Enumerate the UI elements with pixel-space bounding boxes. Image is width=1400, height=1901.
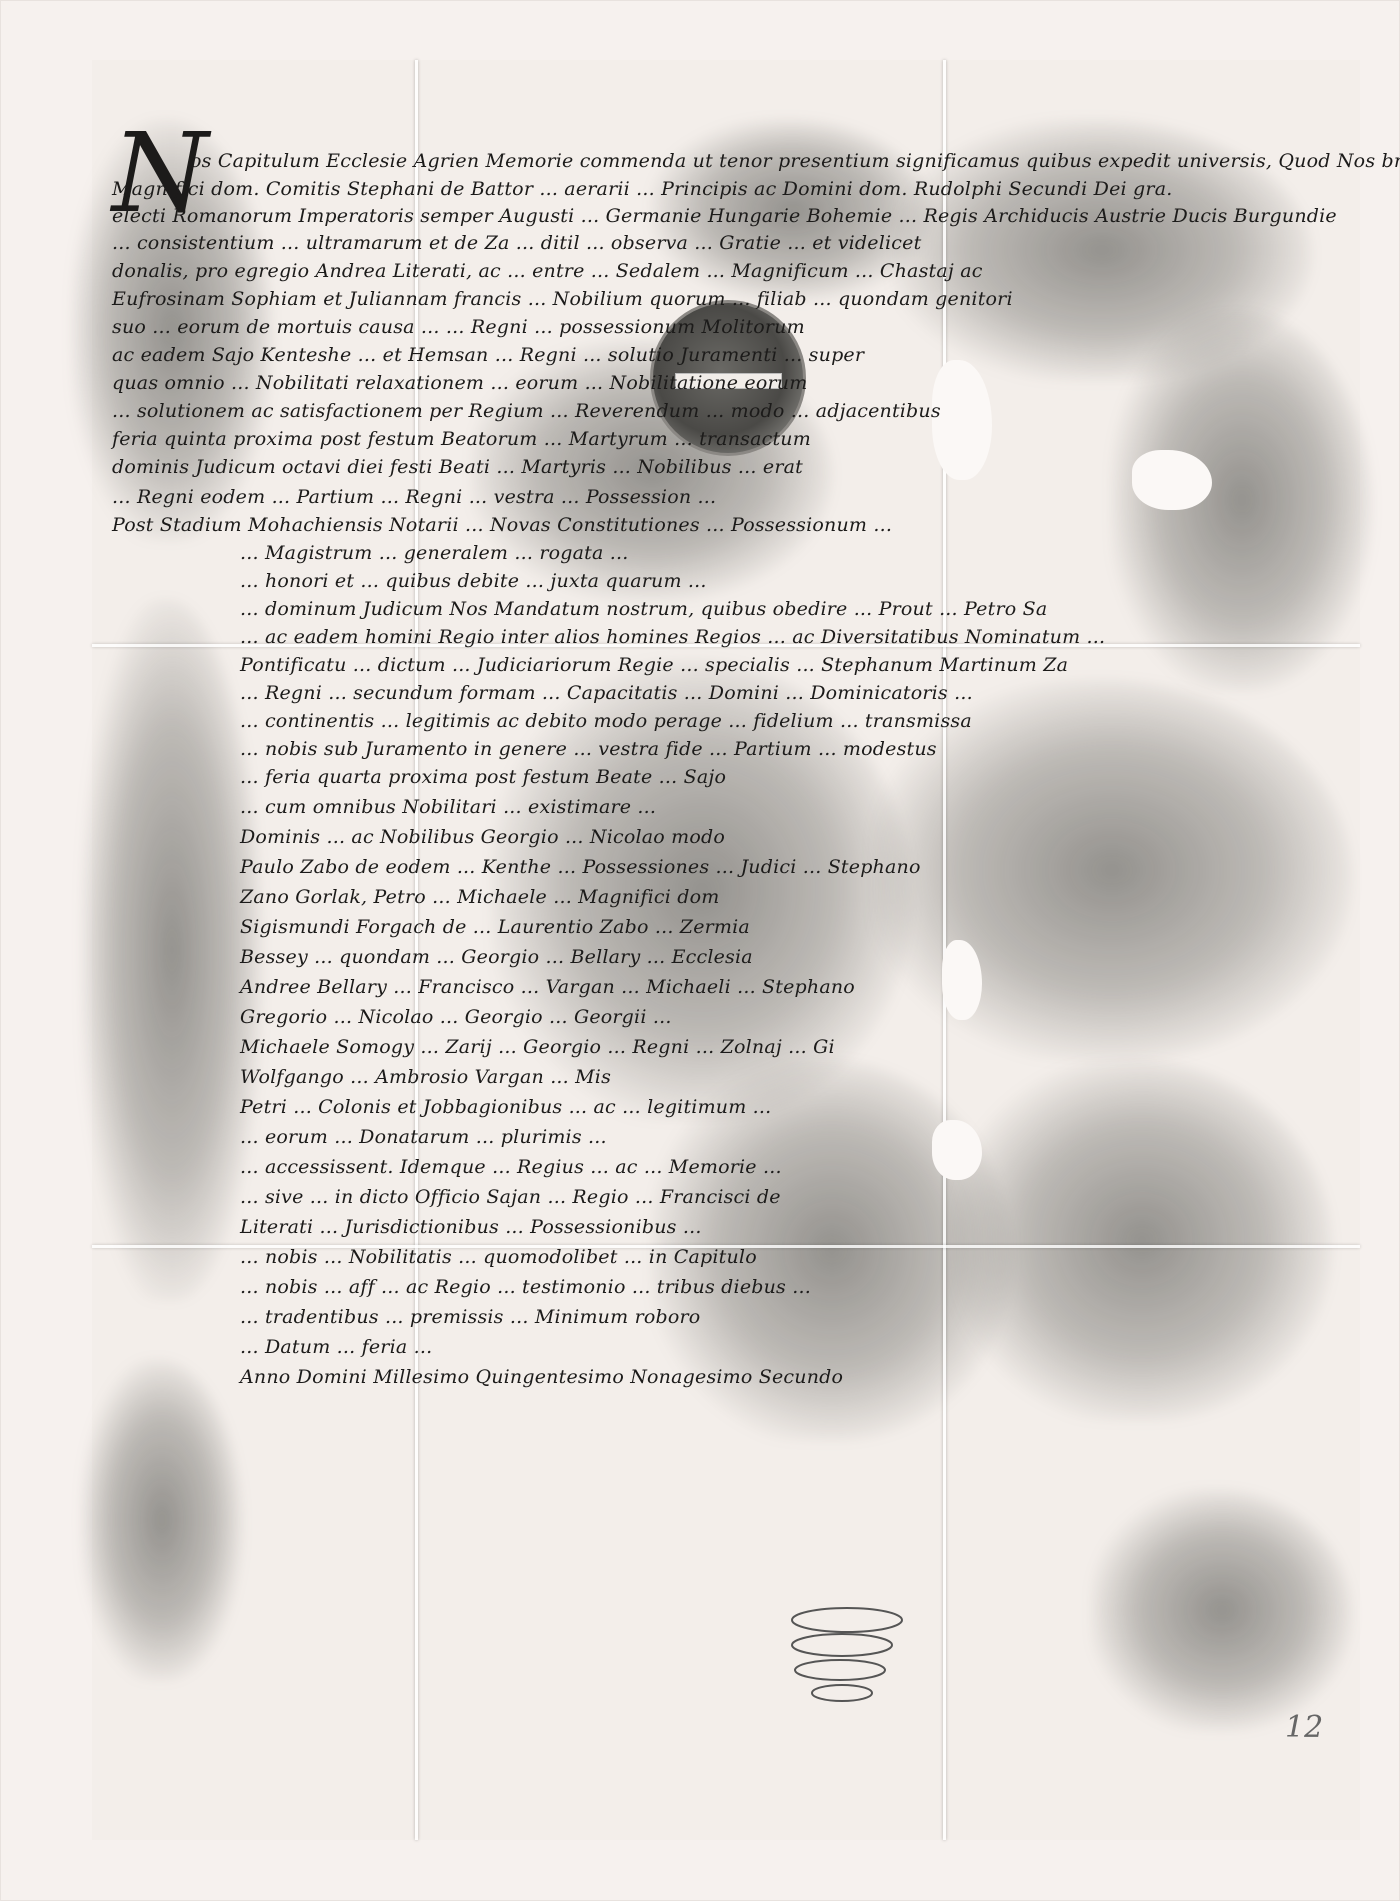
manuscript-line: ... nobis ... aff ... ac Regio ... testi… bbox=[240, 1276, 811, 1298]
manuscript-line: suo ... eorum de mortuis causa ... ... R… bbox=[112, 316, 805, 338]
manuscript-line: ... continentis ... legitimis ac debito … bbox=[240, 710, 972, 732]
manuscript-line: quas omnio ... Nobilitati relaxationem .… bbox=[112, 372, 807, 394]
manuscript-line: Bessey ... quondam ... Georgio ... Bella… bbox=[240, 946, 753, 968]
manuscript-line: ... Regni eodem ... Partium ... Regni ..… bbox=[112, 486, 716, 508]
manuscript-line: Eufrosinam Sophiam et Juliannam francis … bbox=[112, 288, 1013, 310]
manuscript-line: ... accessissent. Idemque ... Regius ...… bbox=[240, 1156, 782, 1178]
manuscript-line: ... Datum ... feria ... bbox=[240, 1336, 432, 1358]
manuscript-line: feria quinta proxima post festum Beatoru… bbox=[112, 428, 811, 450]
manuscript-line: Pontificatu ... dictum ... Judiciariorum… bbox=[240, 654, 1068, 676]
manuscript-line: dominis Judicum octavi diei festi Beati … bbox=[112, 456, 803, 478]
manuscript-line: Michaele Somogy ... Zarij ... Georgio ..… bbox=[240, 1036, 835, 1058]
manuscript-line: ... solutionem ac satisfactionem per Reg… bbox=[112, 400, 941, 422]
manuscript-line: Dominis ... ac Nobilibus Georgio ... Nic… bbox=[240, 826, 725, 848]
manuscript-text: os Capitulum Ecclesie Agrien Memorie com… bbox=[0, 0, 1400, 1901]
manuscript-line: ... cum omnibus Nobilitari ... existimar… bbox=[240, 796, 656, 818]
manuscript-line: ... Regni ... secundum formam ... Capaci… bbox=[240, 682, 973, 704]
manuscript-line: Andree Bellary ... Francisco ... Vargan … bbox=[240, 976, 855, 998]
manuscript-line: os Capitulum Ecclesie Agrien Memorie com… bbox=[190, 150, 1400, 172]
manuscript-line: ... dominum Judicum Nos Mandatum nostrum… bbox=[240, 598, 1047, 620]
manuscript-line: ... consistentium ... ultramarum et de Z… bbox=[112, 232, 921, 254]
archive-number: 12 bbox=[1285, 1710, 1323, 1745]
manuscript-line: Post Stadium Mohachiensis Notarii ... No… bbox=[112, 514, 892, 536]
manuscript-line: Gregorio ... Nicolao ... Georgio ... Geo… bbox=[240, 1006, 672, 1028]
manuscript-line: ... nobis sub Juramento in genere ... ve… bbox=[240, 738, 937, 760]
manuscript-line: Anno Domini Millesimo Quingentesimo Nona… bbox=[240, 1366, 843, 1388]
manuscript-line: ... ac eadem homini Regio inter alios ho… bbox=[240, 626, 1105, 648]
manuscript-line: ac eadem Sajo Kenteshe ... et Hemsan ...… bbox=[112, 344, 864, 366]
manuscript-line: electi Romanorum Imperatoris semper Augu… bbox=[112, 205, 1337, 227]
manuscript-line: ... Magistrum ... generalem ... rogata .… bbox=[240, 542, 628, 564]
manuscript-line: Wolfgango ... Ambrosio Vargan ... Mis bbox=[240, 1066, 611, 1088]
manuscript-line: Sigismundi Forgach de ... Laurentio Zabo… bbox=[240, 916, 750, 938]
manuscript-line: Paulo Zabo de eodem ... Kenthe ... Posse… bbox=[240, 856, 921, 878]
manuscript-line: ... tradentibus ... premissis ... Minimu… bbox=[240, 1306, 700, 1328]
manuscript-line: ... nobis ... Nobilitatis ... quomodolib… bbox=[240, 1246, 757, 1268]
manuscript-line: Magnifici dom. Comitis Stephani de Batto… bbox=[112, 178, 1172, 200]
manuscript-line: Petri ... Colonis et Jobbagionibus ... a… bbox=[240, 1096, 771, 1118]
manuscript-line: ... sive ... in dicto Officio Sajan ... … bbox=[240, 1186, 781, 1208]
manuscript-line: Literati ... Jurisdictionibus ... Posses… bbox=[240, 1216, 702, 1238]
manuscript-line: ... feria quarta proxima post festum Bea… bbox=[240, 766, 726, 788]
manuscript-line: ... honori et ... quibus debite ... juxt… bbox=[240, 570, 707, 592]
manuscript-line: Zano Gorlak, Petro ... Michaele ... Magn… bbox=[240, 886, 720, 908]
manuscript-line: ... eorum ... Donatarum ... plurimis ... bbox=[240, 1126, 607, 1148]
manuscript-line: donalis, pro egregio Andrea Literati, ac… bbox=[112, 260, 983, 282]
